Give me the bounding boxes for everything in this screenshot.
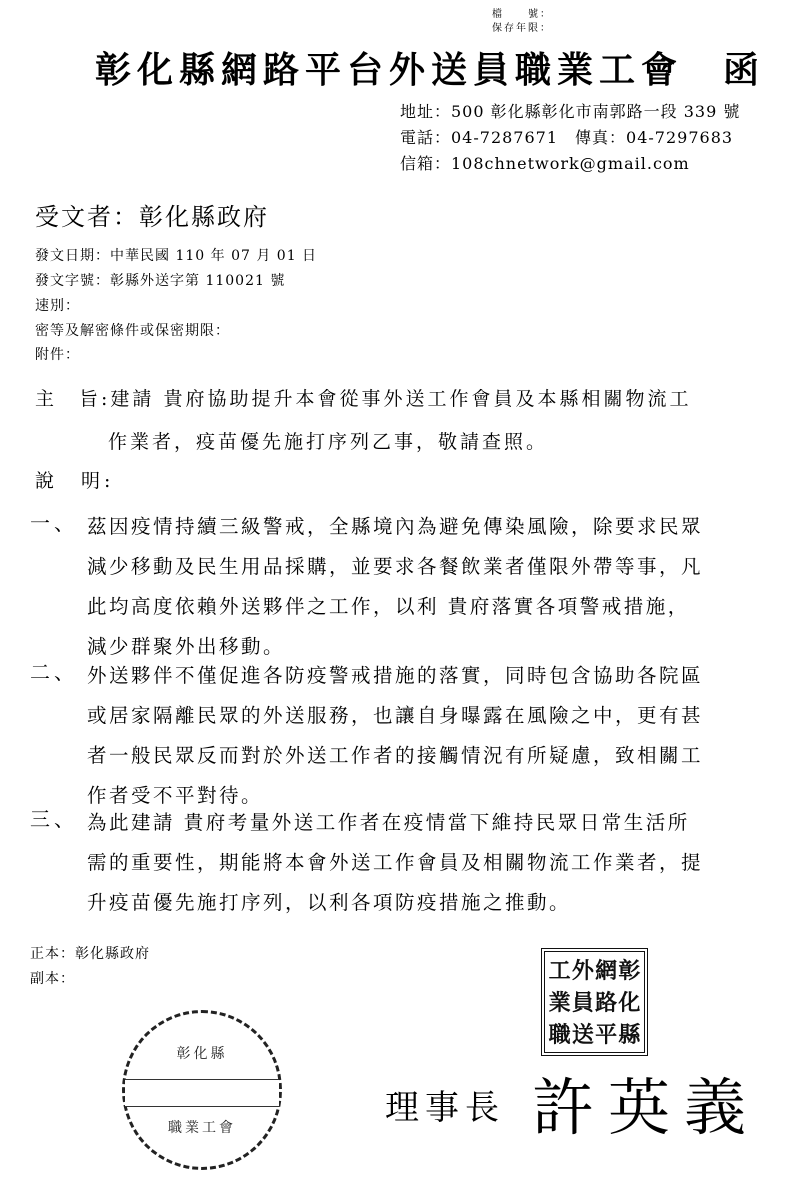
seal-char: 彰	[618, 955, 641, 987]
copy-recipient: 副本：	[30, 968, 75, 990]
original-recipient: 正本：彰化縣政府	[30, 943, 150, 965]
item-line: 為此建請 貴府考量外送工作者在疫情當下維持民眾日常生活所	[87, 803, 703, 843]
file-number-label: 檔 號：	[492, 8, 552, 22]
organization-name: 彰化縣網路平台外送員職業工會	[95, 50, 683, 91]
seal-char: 平	[595, 1019, 618, 1051]
seal-char: 員	[571, 987, 594, 1019]
email: 信箱：108chnetwork@gmail.com	[400, 152, 690, 176]
seal-char: 縣	[618, 1019, 641, 1051]
seal-char: 化	[618, 987, 641, 1019]
issue-date: 發文日期：中華民國 110 年 07 月 01 日	[35, 245, 317, 267]
letterhead-title: 彰化縣網路平台外送員職業工會函	[95, 42, 765, 93]
subject: 主 旨:建請 貴府協助提升本會從事外送工作會員及本縣相關物流工	[35, 384, 691, 411]
item-line: 外送夥伴不僅促進各防疫警戒措施的落實，同時包含協助各院區	[87, 656, 703, 696]
subject-line-2: 作業者，疫苗優先施打序列乙事，敬請查照。	[108, 427, 548, 454]
seal-char: 網	[595, 955, 618, 987]
chairman-signature: 許英義	[532, 1058, 760, 1147]
seal-char: 工	[548, 955, 571, 987]
seal-char: 業	[548, 987, 571, 1019]
chairman-title: 理事長	[385, 1080, 505, 1129]
address: 地址：500 彰化縣彰化市南郭路一段 339 號	[400, 100, 740, 124]
item-line: 需的重要性，期能將本會外送工作會員及相關物流工作業者，提	[87, 843, 703, 883]
recipient: 受文者：彰化縣政府	[35, 197, 269, 232]
document-number: 發文字號：彰縣外送字第 110021 號	[35, 270, 285, 292]
item-number: 一、	[30, 507, 78, 536]
retention-period-label: 保存年限：	[492, 22, 552, 36]
attachment: 附件：	[35, 344, 80, 366]
seal-band	[125, 1079, 279, 1107]
seal-char: 送	[571, 1019, 594, 1051]
square-seal-stamp: 工 外 網 彰 業 員 路 化 職 送 平 縣	[541, 948, 648, 1056]
delivery-speed: 速別：	[35, 295, 80, 317]
seal-bottom-text: 職業工會	[125, 1117, 279, 1137]
seal-char: 外	[571, 955, 594, 987]
item-line: 茲因疫情持續三級警戒，全縣境內為避免傳染風險，除要求民眾	[87, 507, 703, 547]
seal-char: 路	[595, 987, 618, 1019]
item-line: 此均高度依賴外送夥伴之工作，以利 貴府落實各項警戒措施，	[87, 587, 703, 627]
item-line: 減少移動及民生用品採購，並要求各餐飲業者僅限外帶等事，凡	[87, 547, 703, 587]
document-type: 函	[723, 50, 765, 91]
seal-char: 職	[548, 1019, 571, 1051]
item-line: 或居家隔離民眾的外送服務，也讓自身曝露在風險之中，更有甚	[87, 696, 703, 736]
classification: 密等及解密條件或保密期限：	[35, 320, 230, 342]
subject-label: 主 旨:	[35, 388, 110, 410]
subject-line-1: 建請 貴府協助提升本會從事外送工作會員及本縣相關物流工	[110, 388, 691, 410]
item-number: 二、	[30, 656, 78, 685]
explanation-label: 說 明:	[35, 466, 114, 493]
item-line: 者一般民眾反而對於外送工作者的接觸情況有所疑慮，致相關工	[87, 736, 703, 776]
item-number: 三、	[30, 803, 78, 832]
phone-fax: 電話：04-7287671 傳真：04-7297683	[400, 126, 733, 150]
seal-top-text: 彰化縣	[125, 1043, 279, 1063]
item-line: 升疫苗優先施打序列，以利各項防疫措施之推動。	[87, 883, 703, 923]
round-seal-stamp: 彰化縣 職業工會	[122, 1010, 282, 1170]
